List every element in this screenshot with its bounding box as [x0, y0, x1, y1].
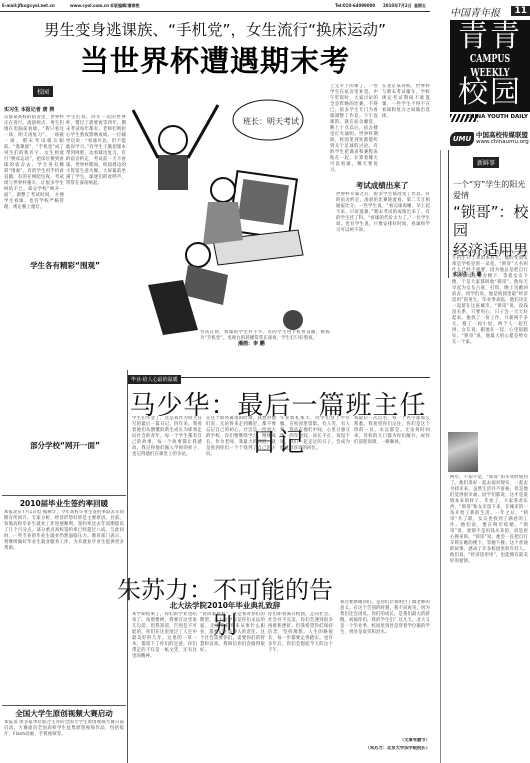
partner-url[interactable]: www.chinaumu.org — [476, 139, 529, 145]
header-email: E-mail:jfkx@cyol.net.cn — [2, 3, 55, 8]
lead-body-col4: 在北京某高校，世界杯与期末考试撞车。学校规定考试期间不准逃课，一些学生不得不在看… — [382, 84, 430, 184]
masthead-box: 青青 CAMPUS WEEKLY 校园 — [450, 20, 530, 112]
header-date: 2010年7月2日 — [383, 3, 412, 9]
masthead-sub-en: CHINA YOUTH DAILY — [450, 114, 530, 122]
sidebar-photo — [448, 432, 478, 472]
lead-headline: 当世界杯遭遇期末考 — [0, 39, 430, 80]
right-mid-subhead: 考试成绩出来了 — [336, 180, 428, 191]
header-editor: 本版编辑/潘春艳 — [110, 3, 139, 9]
story3-author-note: （朱苏力：北京大学法学院院长） — [340, 746, 430, 752]
masthead-title-top: 青青 — [450, 22, 530, 52]
lead-subhead-1: 学生各有精彩“围观” — [10, 260, 120, 271]
header-website: www.cyol.com.cn — [70, 3, 109, 8]
story3-end-note: （文章有删节） — [380, 738, 430, 744]
column-rule-right — [440, 150, 441, 763]
left-headline-2: 全国大学生原创视频大赛启动 — [4, 708, 124, 719]
story3-col4: 我还要感谢你们。是你们让我明白了做老师的意义。在这个告别的时刻，我不说再见，因为… — [340, 600, 430, 730]
divider — [2, 495, 126, 496]
lead-subhead-2: 部分学校“网开一面” — [10, 440, 120, 451]
story3-col2: “常回家看看”，这是我对你们的期望。北大法学院是你们永远的家。无论你们将来从事什… — [200, 612, 265, 763]
story2-col2: 在这个即将离别的时刻，我想对他们说，无论将来走到哪里，都不要忘记自己的初心。社会… — [206, 416, 276, 566]
lead-body-col2: 学生们说，四年一次的世界杯，错过了就要再等四年。期末考试每年都有。老师们则担心学… — [66, 115, 126, 495]
paper-name: 中国青年报 — [450, 4, 500, 19]
divider — [2, 705, 126, 706]
sidebar-title-line1: “锁哥”：校园 — [453, 203, 530, 239]
story2-section-tag: 毕业·给人心最的温暖 — [128, 375, 181, 384]
sidebar-body-text-2: 两年，不知不觉，“锁哥”的毕业时间到了。他们说好一起去面对现实，一起去寻找未来。… — [450, 475, 528, 763]
header-phone: Tel:010-64098000 — [335, 3, 375, 8]
lead-byline: 实习生 本报记者 唐 瑛 — [4, 106, 54, 113]
lead-body-col6: 考试在即，看球的学生并不少。有的学生用手机看直播，被称为“手机党”。电视台的转播… — [200, 330, 330, 370]
left-story-2-body: 本报讯 由多家单位联合主办的全国大学生原创视频大赛日前启动。大赛面向全国高校学生… — [4, 720, 124, 763]
partner-name: 中国高校传媒联盟 — [476, 132, 529, 139]
header-weekday: 星期五 — [414, 3, 426, 9]
story2-col3: 毕业典礼那天，同学们穿上学位服，在校园里留影。有人笑，有人哭。我站在他们中间，心… — [280, 416, 350, 566]
left-story-1-body: 本报北京7月1日电 据统计，今年高校毕业生签约率较去年同期有所回升。专家分析，经… — [4, 510, 124, 700]
lead-kicker: 男生变身逃课族、“手机党”，女生流行“换床运动” — [0, 18, 430, 40]
story3-col3: 你们即将离开校园，走向社会。社会并不完美，你们会遇到很多困难和挫折。但我希望你们… — [268, 612, 333, 763]
partner-block: UMU 中国高校传媒联盟 www.chinaumu.org — [450, 132, 530, 146]
sidebar-section-tag: 新鲜事 — [473, 157, 499, 168]
sidebar-kicker: 一个“穷”学生的阳光爱情 — [453, 179, 530, 201]
masthead-title-bottom: 校园 — [450, 78, 530, 108]
story3-col1: 本学期结束了，你们的学业也结束了。按照惯例，我要在这里说几句话。但我知道，告别是… — [132, 612, 197, 763]
masthead: 中国青年报 11 青青 CAMPUS WEEKLY 校园 CHINA YOUTH… — [450, 4, 530, 146]
left-headline-1: 2010届毕业生签约率回暖 — [4, 498, 124, 509]
bubble-text: 班长：明天考试 — [243, 116, 299, 126]
lead-body-col1: 首都某高校的宿舍里，世界杯正在进行。凌晨两点，男生们围在电脑前看球，“我只看这一… — [4, 115, 64, 495]
lead-body-col5: 世界杯开幕之后，很多学生都改变了作息。有的宿舍约定，凌晨的比赛轮流看，第二天互相… — [336, 192, 430, 352]
umu-logo-icon: UMU — [450, 132, 474, 146]
story3-subtitle: 北大法学院2010年毕业典礼致辞 — [120, 600, 330, 611]
story2-col1: 学生们毕业了，这是我作为班主任写的最后一篇日记。四年来，我看着他们从懵懂的新生成… — [132, 416, 202, 566]
cartoon-illustration: 班长：明天考试 — [128, 80, 328, 340]
page-header-bar: E-mail:jfkx@cyol.net.cn www.cyol.com.cn … — [0, 0, 430, 12]
masthead-title-en: CAMPUS WEEKLY — [450, 51, 530, 79]
page-number: 11 — [511, 6, 530, 16]
lead-section-tag: 校园 — [33, 86, 53, 97]
story2-col4: 我最后一次点名，每一个名字都那么熟悉。我希望你们记住，你们是这个班的一员，永远都… — [354, 416, 430, 566]
